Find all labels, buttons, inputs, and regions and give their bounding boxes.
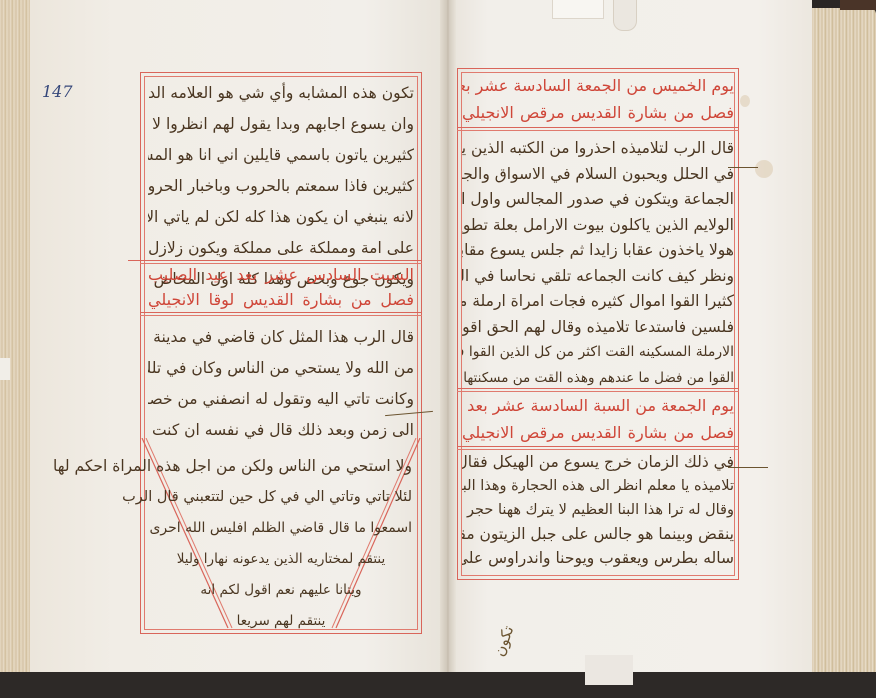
rubric-rule (457, 446, 739, 447)
paper-tab-top (552, 0, 604, 19)
rubric-line: فصل من بشارة القديس مرقص الانجيلي (462, 99, 734, 126)
text-line: تلاميذه يا معلم انظر الى هذه الحجارة وهذ… (462, 474, 734, 498)
right-page-edges (806, 8, 876, 688)
right-rubric-heading-1: يوم الخميس من الجمعة السادسة عشر بعد عيد… (462, 72, 734, 126)
paper-stain (755, 160, 773, 178)
rubric-rule-bottom-inner (140, 315, 422, 316)
text-line: الارملة المسكينه القت اكثر من كل الذين ا… (462, 340, 734, 366)
marginal-stroke (728, 467, 768, 468)
book-gutter (440, 0, 456, 690)
left-page-edges (0, 0, 34, 680)
text-line: وان يسوع اجابهم وبدا يقول لهم انظروا لا … (148, 109, 414, 140)
paper-stain (740, 95, 750, 107)
rubric-line: فصل من بشارة القديس لوقا الانجيلي (148, 287, 414, 312)
text-line: الجماعة ويتكون في صدور المجالس واول المت… (462, 187, 734, 213)
rubric-line: فصل من بشارة القديس مرقص الانجيلي (462, 419, 734, 446)
clip-marker-top (613, 0, 637, 31)
rubric-rule-inner (457, 130, 739, 131)
text-line: كثيرا القوا اموال كثيره فجات امراة ارملة… (462, 289, 734, 315)
text-line: هولا ياخذون عقابا زايدا ثم جلس يسوع مقاب… (462, 238, 734, 264)
text-line: تكون هذه المشابه وأي شي هو العلامه الدال… (148, 78, 414, 109)
left-triangle-text: ولا استحي من الناس ولكن من اجل هذه المرا… (150, 451, 412, 637)
paper-tab-bottom (585, 655, 633, 685)
marginal-stroke (728, 167, 758, 168)
text-line: في ذلك الزمان خرج يسوع من الهيكل فقال له… (462, 450, 734, 474)
left-rubric-heading: السبت السادس عشر بعد عيد الصليب فصل من ب… (148, 262, 414, 312)
right-text-block-2: في ذلك الزمان خرج يسوع من الهيكل فقال له… (462, 450, 734, 570)
rubric-line: يوم الخميس من الجمعة السادسة عشر بعد عيد… (462, 72, 734, 99)
text-line: وكانت تاتي اليه وتقول له انصفني من خصمي … (148, 384, 414, 415)
text-line: في الحلل ويحبون السلام في الاسواق والجلو… (462, 162, 734, 188)
text-line: ولا استحي من الناس ولكن من اجل هذه المرا… (150, 451, 412, 482)
text-line: اسمعوا ما قال قاضي الظلم افليس الله احرى (150, 513, 412, 544)
text-line: وقال له ترا هذا البنا العظيم لا يترك ههن… (462, 498, 734, 522)
text-line: ونظر كيف كانت الجماعه تلقي نحاسا في الخز… (462, 264, 734, 290)
text-line: ينتقم لهم سريعا (150, 606, 412, 637)
text-line: الولايم الذين ياكلون بيوت الارامل بعلة ت… (462, 213, 734, 239)
right-text-block-1: قال الرب لتلاميذه احذروا من الكتبه الذين… (462, 136, 734, 391)
text-line: ساله بطرس ويعقوب ويوحنا واندراوس على حدة… (462, 546, 734, 570)
rubric-line: السبت السادس عشر بعد عيد الصليب (148, 262, 414, 287)
left-text-block-2: قال الرب هذا المثل كان قاضي في مدينة ما … (148, 322, 414, 446)
text-line: كثيرين ياتون باسمي قايلين اني انا هو الم… (148, 140, 414, 171)
text-line: ويتانا عليهم نعم اقول لكم انه (150, 575, 412, 606)
rubric-rule-bottom (140, 312, 422, 313)
text-line: الى زمن وبعد ذلك قال في نفسه ان كنت لا ا… (148, 415, 414, 446)
text-line: ينتقم لمختاريه الذين يدعونه نهارا وليلا (150, 544, 412, 575)
background-surface (0, 672, 876, 698)
text-line: لانه ينبغي ان يكون هذا كله لكن لم ياتي ا… (148, 202, 414, 233)
text-line: لئلا تاتي وتاتي الي في كل حين لتتعبني قا… (150, 482, 412, 513)
text-line: القوا من فضل ما عندهم وهذه القت من مسكنت… (462, 366, 734, 392)
rubric-rule (457, 127, 739, 128)
open-manuscript-book: 147 تكون هذه المشابه وأي شي هو العلامه ا… (0, 0, 876, 698)
left-paper-slip (0, 358, 10, 380)
binding-cover-edge (840, 0, 876, 10)
right-rubric-heading-2: يوم الجمعة من السبة السادسة عشر بعد عيد … (462, 392, 734, 446)
rubric-line: يوم الجمعة من السبة السادسة عشر بعد عيد … (462, 392, 734, 419)
text-line: قال الرب لتلاميذه احذروا من الكتبه الذين… (462, 136, 734, 162)
text-line: قال الرب هذا المثل كان قاضي في مدينة ما … (148, 322, 414, 353)
text-line: ينقض وبينما هو جالس على جبل الزيتون مقاب… (462, 522, 734, 546)
text-line: على امة ومملكة على مملكة ويكون زلازل في … (148, 233, 414, 264)
text-line: فلسين فاستدعا تلاميذه وقال لهم الحق اقول… (462, 315, 734, 341)
folio-number: 147 (42, 82, 73, 101)
text-line: من الله ولا يستحي من الناس وكان في تلك ا… (148, 353, 414, 384)
text-line: كثيرين فاذا سمعتم بالحروب وباخبار الحروب… (148, 171, 414, 202)
